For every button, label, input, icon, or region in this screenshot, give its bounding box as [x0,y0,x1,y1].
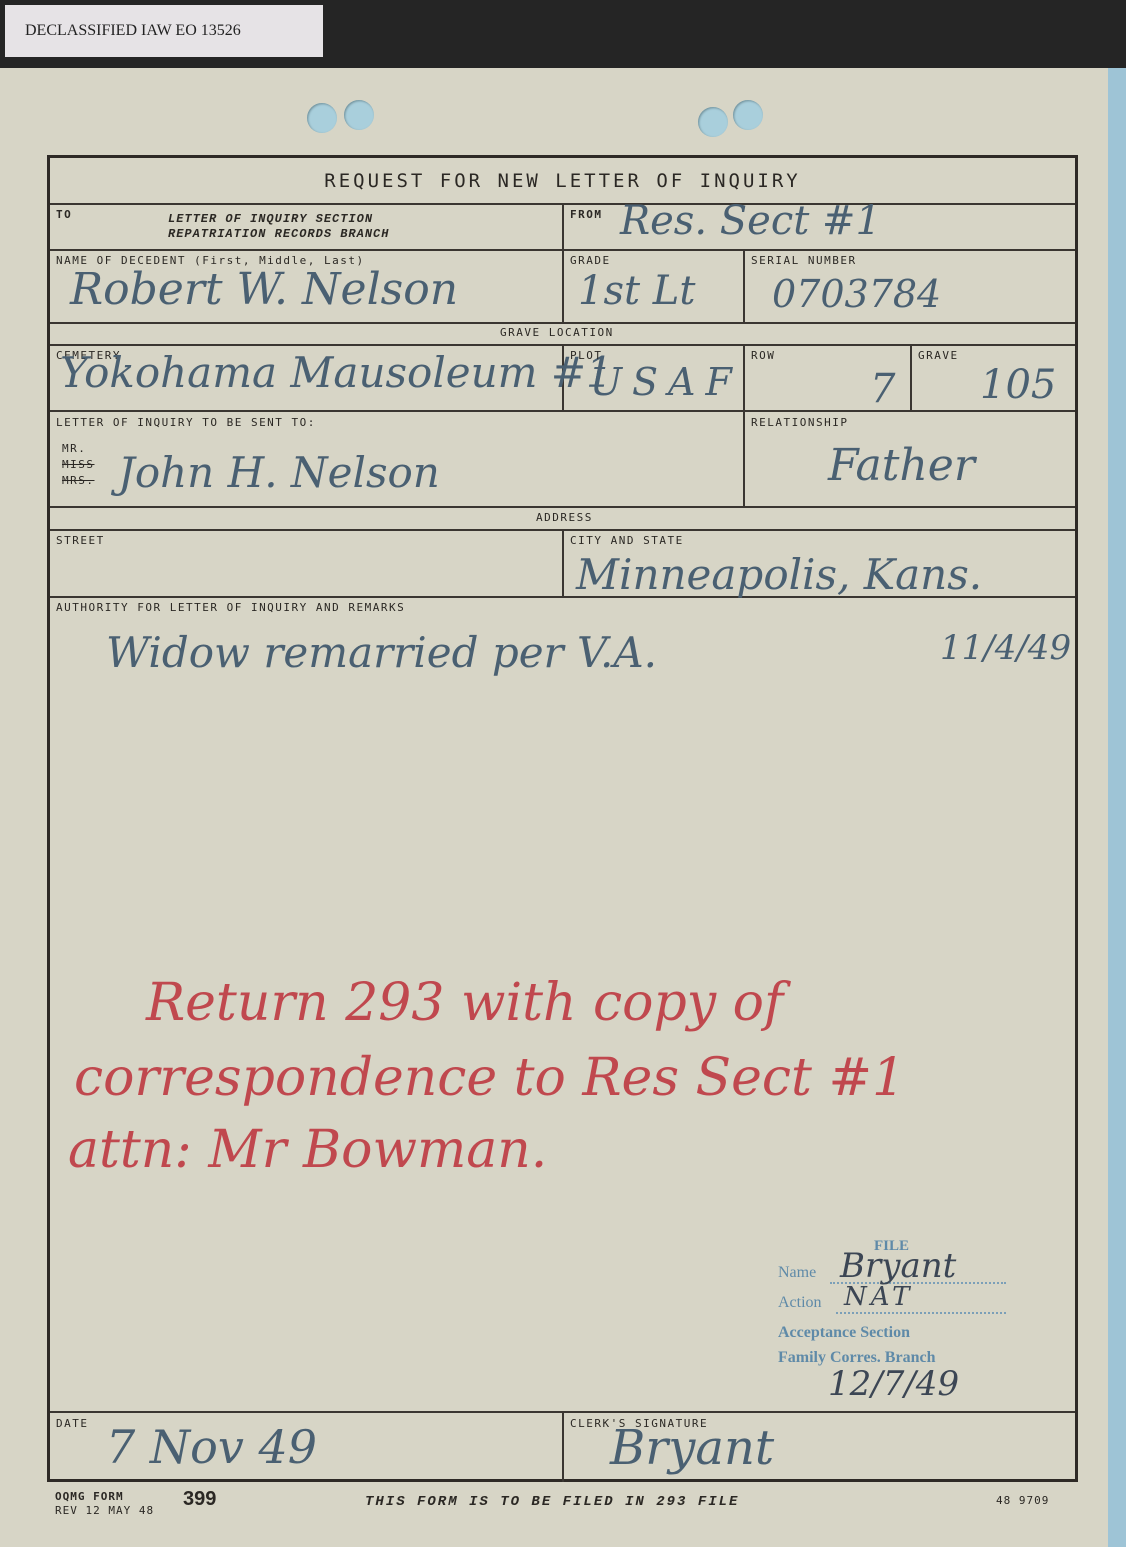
grave-location-header: GRAVE LOCATION [500,326,614,339]
remarks-note-date[interactable]: 11/4/49 [940,628,1071,668]
row-value[interactable]: 7 [870,366,895,412]
divider [743,249,745,322]
filing-instruction: THIS FORM IS TO BE FILED IN 293 FILE [365,1494,739,1510]
salutation-mrs: MRS. [62,474,95,487]
red-note-line2[interactable]: correspondence to Res Sect #1 [74,1048,905,1108]
punch-hole-icon [307,103,337,133]
date-value[interactable]: 7 Nov 49 [106,1420,317,1474]
date-label: DATE [56,1417,89,1430]
plot-value[interactable]: USAF [590,360,742,404]
row-label: ROW [751,349,775,362]
backing-strip [1108,68,1126,1547]
serial-value[interactable]: 0703784 [772,272,941,316]
to-line1: LETTER OF INQUIRY SECTION [168,212,373,226]
stamp-action-value[interactable]: NAT [844,1282,913,1312]
declassified-banner: DECLASSIFIED IAW EO 13526 [5,5,323,57]
recipient-label: LETTER OF INQUIRY TO BE SENT TO: [56,416,316,429]
rule [50,410,1075,412]
divider [910,344,912,410]
remarks-label: AUTHORITY FOR LETTER OF INQUIRY AND REMA… [56,601,405,614]
from-value[interactable]: Res. Sect #1 [620,198,881,244]
cemetery-value[interactable]: Yokohama Mausoleum #1 [60,348,613,397]
stamp-date[interactable]: 12/7/49 [828,1364,959,1404]
relationship-value[interactable]: Father [828,440,975,491]
stamp-line1: Acceptance Section [778,1324,910,1342]
grave-label: GRAVE [918,349,959,362]
red-note-line3[interactable]: attn: Mr Bowman. [68,1120,547,1180]
clerk-signature-value[interactable]: Bryant [610,1420,774,1476]
address-header: ADDRESS [536,511,593,524]
remarks-note-blue[interactable]: Widow remarried per V.A. [106,628,657,677]
declassified-text: DECLASSIFIED IAW EO 13526 [25,22,241,40]
city-state-label: CITY AND STATE [570,534,684,547]
rule [50,322,1075,324]
form-id-line2: REV 12 MAY 48 [55,1504,154,1517]
street-label: STREET [56,534,105,547]
salutation-mr: MR. [62,442,86,455]
divider [562,529,564,596]
stamp-name-value[interactable]: Bryant [840,1246,956,1286]
relationship-label: RELATIONSHIP [751,416,848,429]
salutation-miss: MISS [62,458,95,471]
form-title: REQUEST FOR NEW LETTER OF INQUIRY [50,170,1075,192]
form-number: 399 [183,1488,216,1511]
to-label: TO [56,208,72,221]
stamp-action-label: Action [778,1294,822,1312]
form-id-line1: OQMG FORM [55,1490,124,1503]
punch-hole-icon [698,107,728,137]
rule [50,506,1075,508]
grade-label: GRADE [570,254,611,267]
divider [562,203,564,322]
from-label: FROM [570,208,603,221]
punch-hole-icon [733,100,763,130]
divider [743,344,745,506]
to-line2: REPATRIATION RECORDS BRANCH [168,227,389,241]
grade-value[interactable]: 1st Lt [578,268,695,314]
stamp-name-label: Name [778,1264,816,1282]
print-code: 48 9709 [996,1494,1049,1507]
recipient-value[interactable]: John H. Nelson [118,448,440,497]
grave-value[interactable]: 105 [980,362,1056,408]
decedent-value[interactable]: Robert W. Nelson [70,264,458,315]
city-state-value[interactable]: Minneapolis, Kans. [576,550,982,599]
serial-label: SERIAL NUMBER [751,254,857,267]
stamp-action-line [836,1312,1006,1314]
punch-hole-icon [344,100,374,130]
divider [562,1411,564,1482]
red-note-line1[interactable]: Return 293 with copy of [146,973,783,1033]
